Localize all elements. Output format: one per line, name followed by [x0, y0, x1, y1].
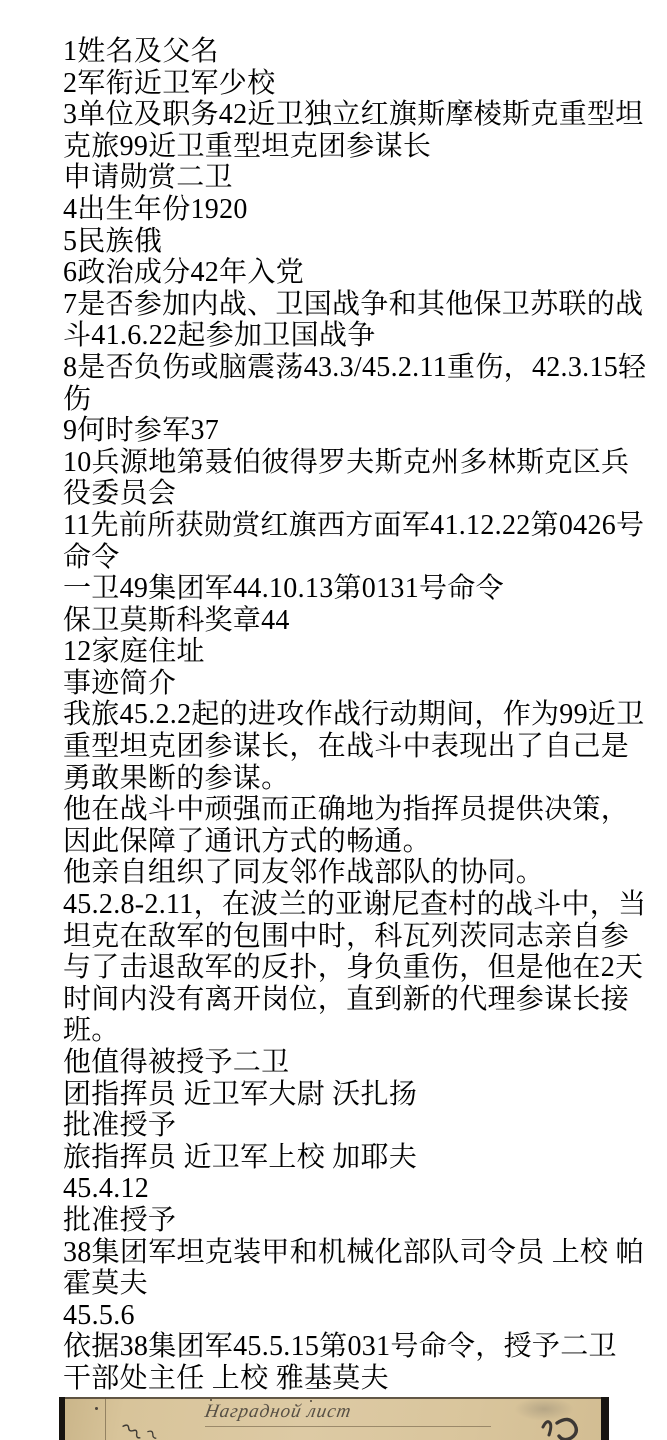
scan-speck [95, 1407, 98, 1410]
text-line: 批准授予 [63, 1205, 629, 1237]
text-line: 他亲自组织了同友邻作战部队的协同。 [63, 857, 629, 889]
text-line: 45.5.6 [63, 1300, 629, 1332]
translated-text: 1姓名及父名 2军衔近卫军少校 3单位及职务42近卫独立红旗斯摩棱斯克重型坦 克… [63, 36, 629, 1395]
text-line: 克旅99近卫重型坦克团参谋长 [63, 131, 629, 163]
text-line: 他值得被授予二卫 [63, 1047, 629, 1079]
text-line: 役委员会 [63, 478, 629, 510]
signature-flourish [539, 1415, 599, 1440]
text-line: 勇敢果断的参谋。 [63, 763, 629, 795]
text-line: 保卫莫斯科奖章44 [63, 605, 629, 637]
text-line: 因此保障了通讯方式的畅通。 [63, 826, 629, 858]
text-line: 霍莫夫 [63, 1268, 629, 1300]
text-line: 伤 [63, 384, 629, 416]
handwritten-scribble [117, 1415, 173, 1440]
award-sheet-scan-image: Наградной лист [59, 1397, 609, 1440]
text-line: 5民族俄 [63, 226, 629, 258]
page: { "page": { "background": "#ffffff", "te… [0, 0, 667, 1440]
text-line: 干部处主任 上校 雅基莫夫 [63, 1363, 629, 1395]
text-line: 时间内没有离开岗位，直到新的代理参谋长接 [63, 984, 629, 1016]
text-line: 我旅45.2.2起的进攻作战行动期间，作为99近卫 [63, 699, 629, 731]
scan-ruled-line [105, 1397, 106, 1440]
text-line: 斗41.6.22起参加卫国战争 [63, 320, 629, 352]
text-line: 2军衔近卫军少校 [63, 68, 629, 100]
text-line: 3单位及职务42近卫独立红旗斯摩棱斯克重型坦 [63, 99, 629, 131]
text-line: 12家庭住址 [63, 636, 629, 668]
text-line: 10兵源地第聂伯彼得罗夫斯克州多林斯克区兵 [63, 447, 629, 479]
handwritten-underline [205, 1426, 491, 1427]
text-line: 重型坦克团参谋长，在战斗中表现出了自己是 [63, 731, 629, 763]
text-line: 1姓名及父名 [63, 36, 629, 68]
text-line: 他在战斗中顽强而正确地为指挥员提供决策， [63, 794, 629, 826]
text-line: 与了击退敌军的反扑，身负重伤，但是他在2天 [63, 952, 629, 984]
text-line: 申请勋赏二卫 [63, 162, 629, 194]
text-line: 38集团军坦克装甲和机械化部队司令员 上校 帕 [63, 1237, 629, 1269]
text-line: 9何时参军37 [63, 415, 629, 447]
text-line: 4出生年份1920 [63, 194, 629, 226]
text-line: 旅指挥员 近卫军上校 加耶夫 [63, 1142, 629, 1174]
scan-left-border [59, 1397, 65, 1440]
text-line: 11先前所获勋赏红旗西方面军41.12.22第0426号 [63, 510, 629, 542]
handwritten-title: Наградной лист [203, 1401, 353, 1423]
text-line: 7是否参加内战、卫国战争和其他保卫苏联的战 [63, 289, 629, 321]
text-line: 8是否负伤或脑震荡43.3/45.2.11重伤，42.3.15轻 [63, 352, 629, 384]
text-line: 命令 [63, 542, 629, 574]
text-line: 坦克在敌军的包围中时，科瓦列茨同志亲自参 [63, 921, 629, 953]
text-line: 依据38集团军45.5.15第031号命令，授予二卫 [63, 1331, 629, 1363]
text-line: 45.4.12 [63, 1173, 629, 1205]
text-line: 6政治成分42年入党 [63, 257, 629, 289]
text-line: 团指挥员 近卫军大尉 沃扎扬 [63, 1079, 629, 1111]
scan-right-border [601, 1397, 609, 1440]
text-line: 事迹简介 [63, 668, 629, 700]
text-line: 班。 [63, 1015, 629, 1047]
text-line: 一卫49集团军44.10.13第0131号命令 [63, 573, 629, 605]
text-line: 45.2.8-2.11，在波兰的亚谢尼查村的战斗中，当 [63, 889, 629, 921]
text-line: 批准授予 [63, 1110, 629, 1142]
